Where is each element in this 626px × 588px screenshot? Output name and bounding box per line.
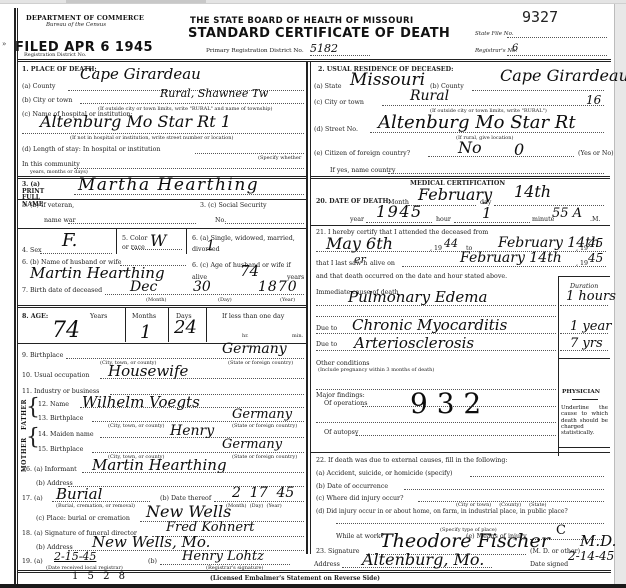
occupation-value: Housewife	[108, 364, 188, 379]
registrar-no-label: Registrar's No.	[475, 49, 517, 55]
death-hour-value: 1	[482, 206, 492, 221]
funeral-address-value: New Wells, Mo.	[92, 535, 210, 550]
hospital-value: Altenburg Mo Star Rt 1	[40, 114, 231, 130]
res-city-value: Rural	[410, 89, 449, 103]
due-to-2-duration: 7 yrs	[570, 337, 603, 350]
sex-value: F.	[62, 232, 77, 250]
birth-date-label: 7. Birth date of deceased	[22, 288, 102, 294]
res-city-label: (c) City or town	[314, 100, 364, 106]
attended-from-year: 44	[444, 238, 458, 249]
embalmer-note: (Licensed Embalmer's Statement on Revers…	[210, 576, 380, 582]
less-than-day-label: If less than one day	[222, 314, 284, 320]
operations-label: Of operations	[324, 401, 367, 407]
alive-on-value: February 14th	[460, 251, 562, 265]
death-hour-label: hour	[436, 217, 451, 223]
registration-district-label: Registration District No.	[24, 53, 86, 58]
date-signed-value: 2-14-45	[568, 550, 614, 562]
age-years-label: Years	[90, 314, 107, 320]
citizen-value: No	[458, 140, 482, 156]
full-name-value: Martha Hearthing	[78, 177, 259, 194]
death-stated-label: and that death occurred on the date and …	[316, 274, 507, 280]
age-months-label: Months	[132, 314, 156, 320]
mother-birthplace-label: 15. Birthplace	[38, 447, 83, 453]
occurrence-date-label: (b) Date of occurrence	[316, 484, 388, 490]
birth-year-label: (Year)	[280, 298, 295, 303]
injury-place-label: (d) Did injury occur in or about home, o…	[316, 509, 568, 515]
city-label: (b) City or town	[22, 98, 72, 104]
registrar-signature-value: Henry Lohtz	[182, 550, 264, 563]
department-label: DEPARTMENT OF COMMERCE	[26, 14, 144, 22]
burial-date-note: (Month) (Day) (Year)	[226, 504, 282, 509]
certificate-title: STANDARD CERTIFICATE OF DEATH	[188, 26, 450, 41]
res-county-value: Cape Girardeau	[500, 68, 626, 84]
social-security-label: 3. (c) Social Security	[200, 203, 267, 209]
due-to-1-value: Chronic Myocarditis	[352, 318, 507, 333]
length-of-stay-label: (d) Length of stay: In hospital or insti…	[22, 147, 160, 153]
mother-maiden-label: 14. Maiden name	[38, 432, 94, 438]
death-year-value: 1945	[376, 204, 423, 220]
registrar-label: 19. (a)	[22, 559, 43, 565]
country-label: If yes, name country	[330, 168, 395, 174]
age-label: 8. AGE:	[22, 314, 48, 320]
sig-address-label: Address	[314, 562, 340, 568]
city-value: Rural, Shawnee Tw	[160, 88, 268, 99]
community-label: In this community	[22, 162, 80, 168]
mother-maiden-value: Henry	[170, 424, 214, 438]
primary-district-value: 5182	[310, 43, 338, 54]
birthplace-label: 9. Birthplace	[22, 353, 63, 359]
registrar-date-value: 2-15-45	[54, 551, 96, 562]
father-birthplace-label: 13. Birthplace	[38, 416, 83, 422]
birth-year-value: 1870	[258, 280, 298, 294]
last-saw-value: er	[354, 254, 366, 265]
age-years-value: 74	[52, 320, 80, 342]
am-pm-label: .M.	[590, 217, 600, 223]
center-divider	[306, 62, 308, 554]
signature-label: 23. Signature	[316, 549, 360, 555]
spouse-age-value: 74	[240, 264, 259, 279]
father-birthplace-value: Germany	[232, 408, 292, 421]
res-street-value: Altenburg Mo Star Rt	[378, 114, 576, 132]
county-value: Cape Girardeau	[80, 67, 201, 82]
burial-date-value: 2 17 45	[232, 486, 294, 500]
due-to-1-duration: 1 year	[570, 320, 611, 333]
sex-label: 4. Sex	[22, 248, 42, 254]
father-name-label: 12. Name	[38, 402, 69, 408]
signature-title-value: M.D.	[580, 534, 616, 549]
marital-value: 1	[206, 239, 215, 253]
means-of-injury-value: C	[556, 524, 566, 537]
primary-district-label: Primary Registration District No.	[206, 49, 304, 55]
citizen-yesno: (Yes or No)	[578, 151, 614, 157]
accident-label: (a) Accident, suicide, or homicide (spec…	[316, 471, 453, 477]
margin-mark: »	[2, 40, 6, 48]
informant-value: Martin Hearthing	[92, 458, 227, 473]
left-border	[14, 8, 16, 584]
burial-label: 17. (a)	[22, 496, 43, 502]
death-minute-label: minute	[532, 217, 554, 223]
header-divider	[17, 59, 611, 62]
sig-address-value: Altenburg, Mo.	[362, 552, 484, 568]
bottom-number: 1 5 2 8	[72, 572, 128, 582]
citizen-label: (e) Citizen of foreign country?	[314, 151, 410, 157]
physician-signature-value: Theodore Fischer	[380, 532, 550, 551]
while-at-work-label: While at work?	[336, 534, 384, 540]
birth-day-label: (Day)	[218, 298, 232, 303]
burial-note: (Burial, cremation, or removal)	[56, 504, 135, 509]
informant-label: 16. (a) Informant	[22, 467, 77, 473]
color-value: W	[150, 233, 166, 249]
other-conditions-note: (Include pregnancy within 3 months of de…	[318, 368, 434, 373]
cause-code-value: 9 3 2	[410, 390, 481, 418]
autopsy-label: Of autopsy	[324, 430, 358, 436]
attended-from-value: May 6th	[326, 236, 393, 252]
left-border-inner	[17, 8, 18, 584]
physician-note: Underline the cause to which death shoul…	[561, 405, 608, 437]
res-state-label: (a) State	[314, 84, 342, 90]
res-street-label: (d) Street No.	[314, 127, 358, 133]
registrar-no-value: 6	[512, 44, 518, 54]
res-state-value: Missouri	[350, 72, 425, 89]
viewer-bottom-bar	[0, 584, 626, 588]
county-label: (a) County	[22, 84, 55, 90]
age-days-value: 24	[174, 319, 197, 337]
registrar-b-label: (b)	[148, 559, 157, 565]
date-signed-label: Date signed	[530, 562, 568, 568]
burial-place-label: (c) Place: burial or cremation	[36, 516, 130, 522]
death-year-label: year	[350, 217, 364, 223]
birth-month-label: (Month)	[146, 298, 166, 303]
death-day-value: 14th	[514, 184, 551, 200]
where-injury-label: (c) Where did injury occur?	[316, 496, 403, 502]
immediate-duration: 1 hours	[566, 290, 616, 303]
birth-day-value: 30	[193, 280, 211, 294]
mother-birthplace-value: Germany	[222, 438, 282, 451]
color-label: 5. Color or race	[122, 234, 152, 253]
bureau-label: Bureau of the Census	[46, 23, 106, 29]
specify-note: (Specify whether	[258, 156, 301, 161]
attended-to-year: 45	[588, 237, 603, 249]
death-minute-value: 55 A	[552, 207, 582, 220]
hr-label: hr.	[242, 334, 249, 339]
external-causes-label: 22. If death was due to external causes,…	[316, 458, 508, 464]
immediate-cause-value: Pulmonary Edema	[348, 290, 487, 305]
alive-on-label: alive on	[370, 261, 395, 267]
veteran-label: 3. (b) If veteran,	[22, 203, 74, 209]
state-file-number: 9327	[522, 8, 558, 26]
occupation-label: 10. Usual occupation	[22, 373, 89, 379]
burial-value: Burial	[56, 487, 102, 502]
viewer-tab	[66, 0, 206, 3]
min-label: min.	[292, 334, 303, 339]
due-to-2-label: Due to	[316, 342, 337, 348]
age-months-value: 1	[140, 324, 151, 342]
birthplace-state-note: (State or foreign country)	[228, 361, 293, 366]
alive-on-year: 45	[588, 252, 603, 264]
birth-month-value: Dec	[130, 280, 157, 294]
duration-divider	[558, 276, 559, 456]
major-findings-label: Major findings:	[316, 393, 365, 399]
board-title: THE STATE BOARD OF HEALTH OF MISSOURI	[190, 16, 414, 26]
birthplace-value: Germany	[222, 342, 287, 356]
physician-title: PHYSICIAN	[562, 390, 600, 396]
due-to-1-label: Due to	[316, 326, 337, 332]
due-to-2-value: Arteriosclerosis	[354, 336, 474, 351]
burial-place-value: New Wells	[146, 504, 231, 520]
death-certificate: DEPARTMENT OF COMMERCE Bureau of the Cen…	[10, 4, 614, 584]
hospital-note: (If not in hospital or institution, writ…	[70, 136, 233, 141]
